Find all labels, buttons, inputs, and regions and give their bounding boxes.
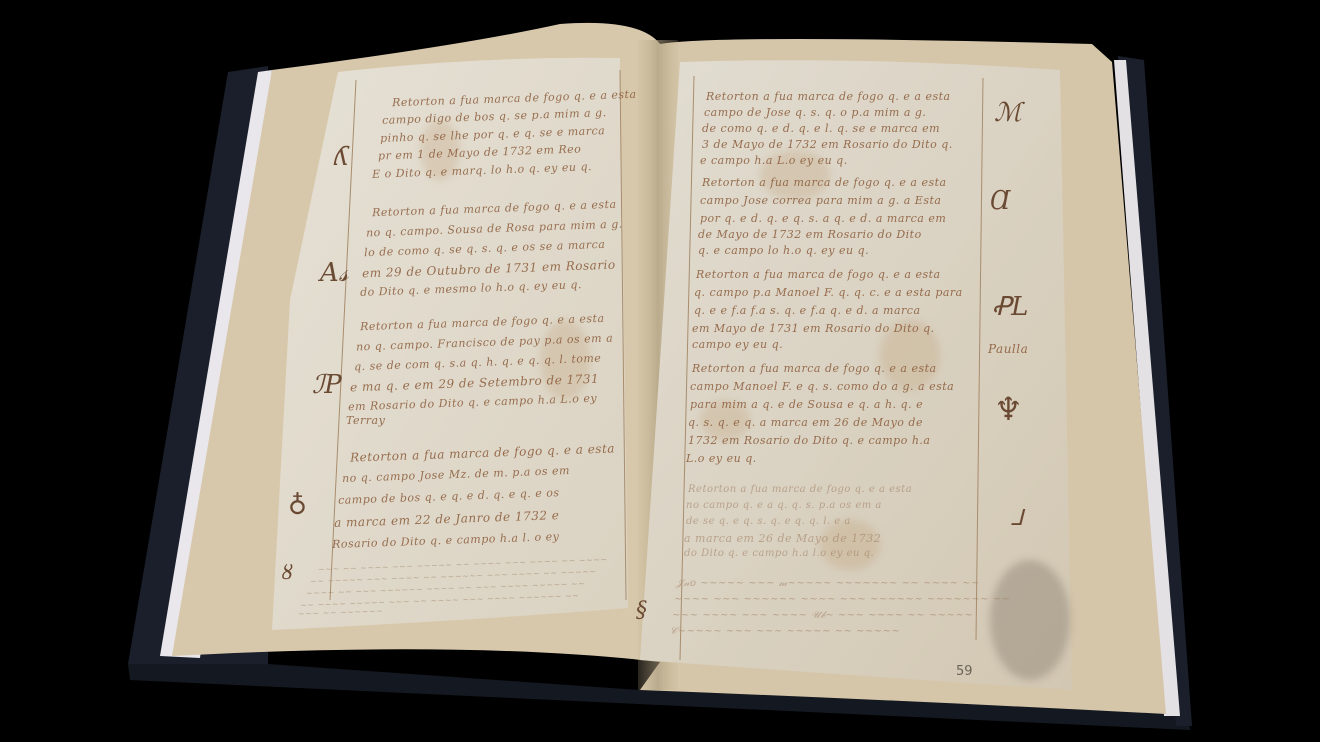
cattle-brand-mark: ʎ [334,142,349,172]
handwritten-line: a marca em 26 de Mayo de 1732 [684,532,881,545]
handwritten-line: no campo q. e a q. q. s. p.a os em a [686,500,882,511]
handwritten-line: campo Jose correa para mim a g. a Esta [700,194,941,207]
cattle-brand-mark: ᒧ [1010,506,1023,531]
cattle-brand-mark: ℳ [994,98,1022,128]
cattle-brand-mark: ꝒL [992,292,1028,322]
handwritten-line: para mim a q. e de Sousa e q. a h. q. e [690,398,923,411]
page-number: 59 [956,664,973,679]
handwritten-line: Retorton a fua marca de fogo q. e a esta [706,90,951,103]
margin-owner-name: Paulla [988,342,1028,356]
cattle-brand-mark: ȣ [282,560,293,584]
handwritten-line: por q. e d. q. e q. s. a q. e d. a marca… [700,212,946,225]
handwritten-line: campo de Jose q. s. q. o p.a mim a g. [704,106,926,119]
cattle-brand-mark: ℐP [312,370,342,400]
signature-line: ~~~ ~~~~ ~~~ ~~~~ 𝒰𝒷~ ~~~ ~~~~ ~~ ~~~~~ [672,610,973,621]
book-photo: ʎ Retorton a fua marca de fogo q. e a es… [0,0,1320,742]
handwritten-line: q. e campo lo h.o q. ey eu q. [698,244,869,257]
open-book [0,0,1320,742]
signature-line: ~~~~ ~~~ ~~~~~~ ~~~~ ~~~ ~~~~~~ ~~~~~~~ … [674,594,1011,605]
signature-line: 𝒞~~~~~ ~~~ ~~~ ~~~~~ ~~ ~~~~~ [670,626,900,637]
handwritten-line: campo Manoel F. e q. s. como do a g. a e… [690,380,954,393]
handwritten-line: L.o ey eu q. [686,452,757,465]
handwritten-line: campo ey eu q. [692,338,783,351]
handwritten-line: q. s. q. e q. a marca em 26 de Mayo de [688,416,923,429]
handwritten-line: e campo h.a L.o ey eu q. [700,154,848,167]
handwritten-line: Terray [346,414,385,427]
handwritten-line: Retorton a fua marca de fogo q. e a esta [692,362,937,375]
cattle-brand-mark: ♆ [994,390,1023,428]
handwritten-line: de como q. e d. q. e l. q. se e marca em [702,122,940,135]
cattle-brand-mark: ♁ [288,488,307,518]
handwritten-line: de se q. e q. s. q. e q. q. l. e a [686,516,851,527]
handwritten-line: Retorton a fua marca de fogo q. e a esta [688,484,912,495]
handwritten-line: q. campo p.a Manoel F. q. q. c. e a esta… [694,286,963,299]
handwritten-line: em Mayo de 1731 em Rosario do Dito q. [692,322,935,335]
signature-line: 𝒥𝓃𝑜 ~~~~~ ~~~ 𝓂~~~~~ ~~~~~~~ ~~ ~~~~ ~~ [676,578,980,589]
handwritten-line: do Dito q. e campo h.a l.o ey eu q. [684,548,874,559]
handwritten-line: Retorton a fua marca de fogo q. e a esta [696,268,941,281]
cattle-brand-mark: § [636,598,647,623]
handwritten-line: 3 de Mayo de 1732 em Rosario do Dito q. [702,138,953,151]
handwritten-line: de Mayo de 1732 em Rosario do Dito [698,228,922,241]
cattle-brand-mark: A𝓈 [320,258,348,289]
handwritten-line: 1732 em Rosario do Dito q. e campo h.a [688,434,930,447]
handwritten-line: Retorton a fua marca de fogo q. e a esta [702,176,947,189]
cattle-brand-mark: Ɑ [990,186,1010,216]
handwritten-line: q. e e f.a f.a s. q. e f.a q. e d. a mar… [694,304,921,317]
